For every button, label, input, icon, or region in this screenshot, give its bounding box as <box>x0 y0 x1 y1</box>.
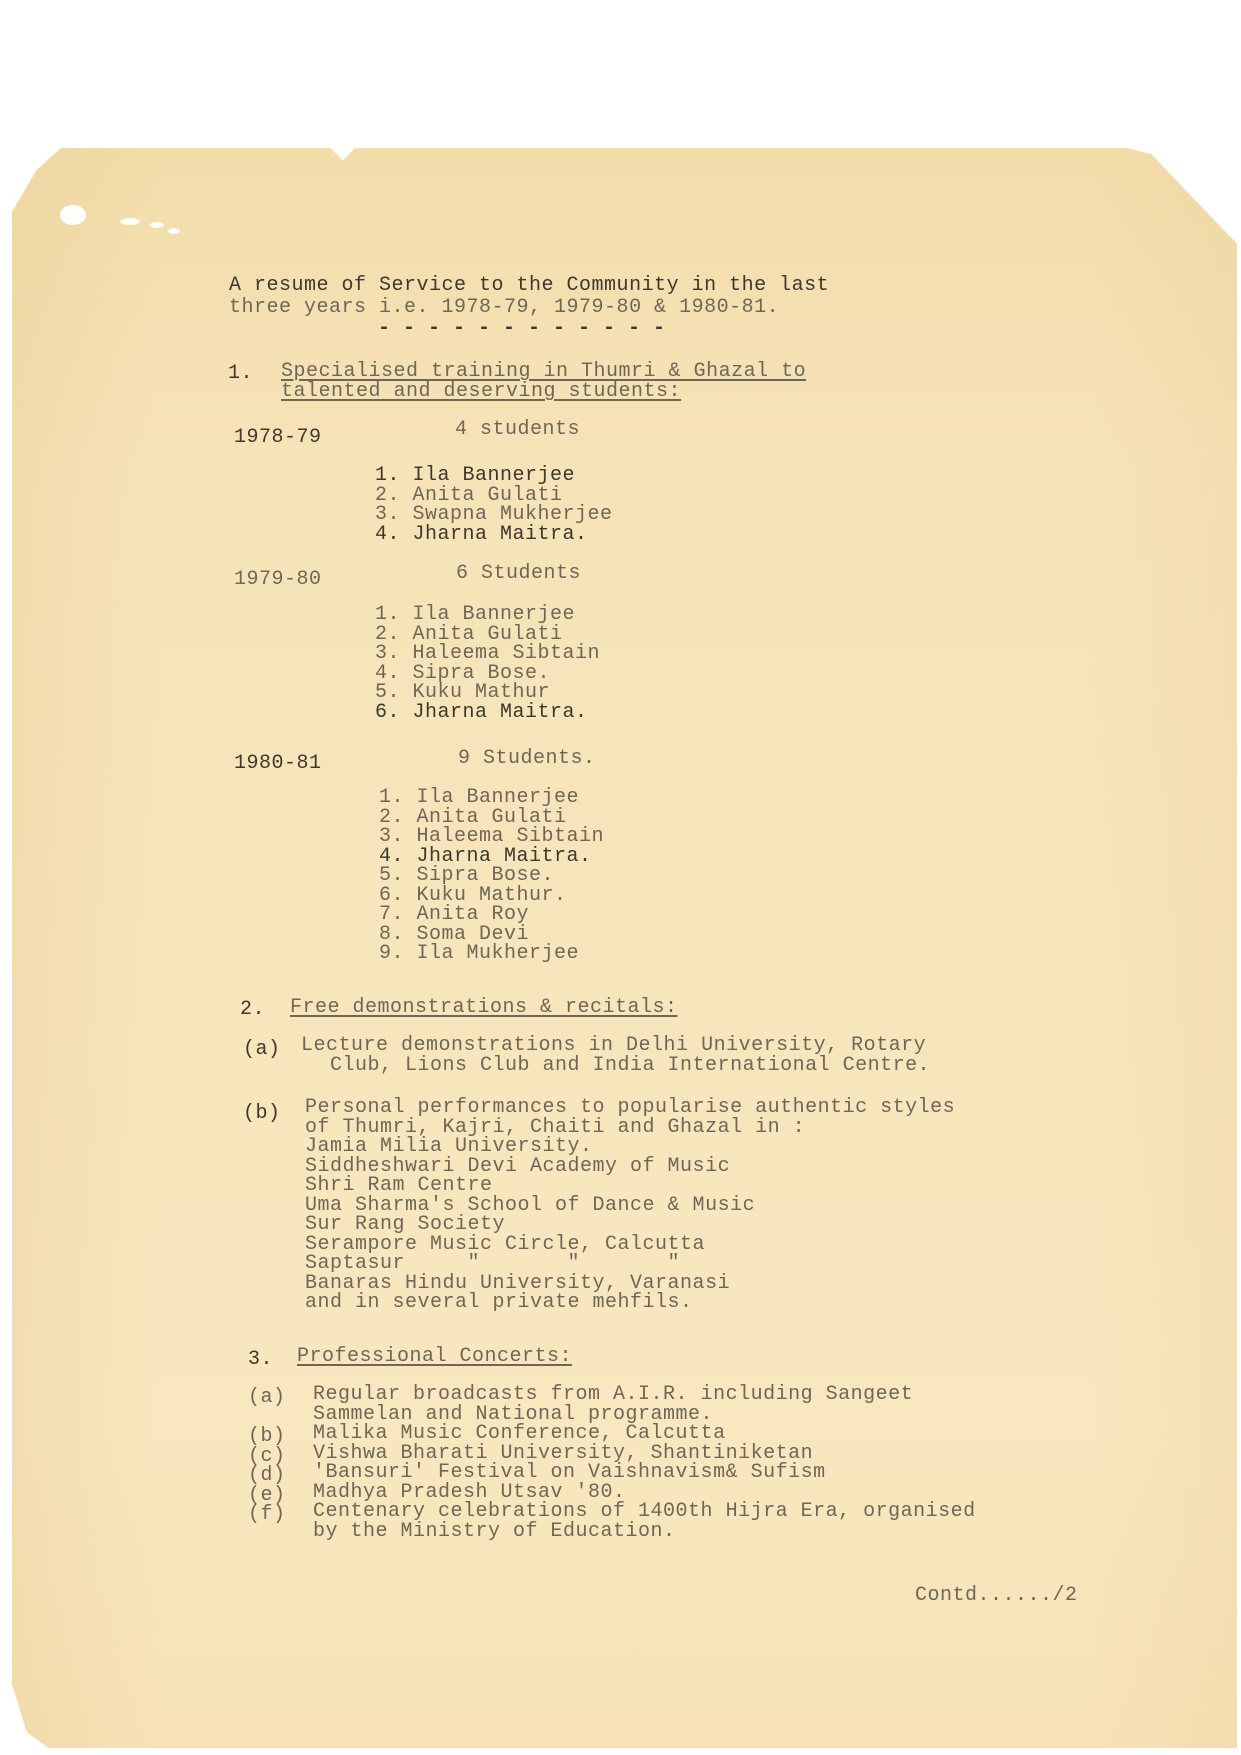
student-list: 1. Ila Bannerjee 2. Anita Gulati 3. Hale… <box>379 788 604 964</box>
section1-number: 1. <box>228 364 253 384</box>
list-item: Malika Music Conference, Calcutta <box>313 1424 976 1444</box>
continued-marker: Contd....../2 <box>915 1586 1078 1606</box>
paper-tear-hole <box>168 228 180 234</box>
student-count: 6 Students <box>456 564 581 584</box>
list-item: 9. Ila Mukherjee <box>379 944 604 964</box>
item-label: (a) <box>243 1040 281 1060</box>
item-text: Lecture demonstrations in Delhi Universi… <box>301 1036 926 1056</box>
document-title-line2: three years i.e. 1978-79, 1979-80 & 1980… <box>229 298 779 318</box>
list-item: 3. Haleema Sibtain <box>379 827 604 847</box>
document-title-line1: A resume of Service to the Community in … <box>229 276 829 296</box>
concert-labels: (a) (b) (c) (d) (e) (f) <box>248 1388 286 1525</box>
section1-heading-line1: Specialised training in Thumri & Ghazal … <box>281 362 806 382</box>
section2-heading: Free demonstrations & recitals: <box>290 998 678 1018</box>
student-list: 1. Ila Bannerjee 2. Anita Gulati 3. Hale… <box>375 605 600 722</box>
paper-tear-hole <box>60 205 86 225</box>
venue-list: Personal performances to popularise auth… <box>305 1098 955 1313</box>
year-label: 1980-81 <box>234 754 322 774</box>
list-item: by the Ministry of Education. <box>313 1522 976 1542</box>
list-item: Centenary celebrations of 1400th Hijra E… <box>313 1502 976 1522</box>
list-item: and in several private mehfils. <box>305 1293 955 1313</box>
list-item: 7. Anita Roy <box>379 905 604 925</box>
item-text: Club, Lions Club and India International… <box>330 1056 930 1076</box>
section3-number: 3. <box>248 1350 273 1370</box>
student-count: 4 students <box>455 420 580 440</box>
year-label: 1979-80 <box>234 570 322 590</box>
year-label: 1978-79 <box>234 428 322 448</box>
list-item: 'Bansuri' Festival on Vaishnavism& Sufis… <box>313 1463 976 1483</box>
list-item: Personal performances to popularise auth… <box>305 1098 955 1118</box>
list-item: 5. Kuku Mathur <box>375 683 600 703</box>
list-item: 5. Sipra Bose. <box>379 866 604 886</box>
item-label: (f) <box>248 1505 286 1525</box>
section3-heading: Professional Concerts: <box>297 1347 572 1367</box>
item-label: (b) <box>243 1104 281 1124</box>
list-item: 1. Ila Bannerjee <box>379 788 604 808</box>
list-item: 1. Ila Bannerjee <box>375 466 613 486</box>
paper-tear-hole <box>120 218 140 225</box>
title-dashed-rule: - - - - - - - - - - - - <box>378 319 666 339</box>
item-label: (d) <box>248 1466 286 1486</box>
list-item: Saptasur " " " <box>305 1254 955 1274</box>
section2-number: 2. <box>240 1000 265 1020</box>
list-item: Shri Ram Centre <box>305 1176 955 1196</box>
list-item: 3. Haleema Sibtain <box>375 644 600 664</box>
list-item: Regular broadcasts from A.I.R. including… <box>313 1385 976 1405</box>
paper-tear-hole <box>150 222 164 228</box>
list-item: Sur Rang Society <box>305 1215 955 1235</box>
list-item: 3. Swapna Mukherjee <box>375 505 613 525</box>
section1-heading-line2: talented and deserving students: <box>281 382 681 402</box>
list-item: Jamia Milia University. <box>305 1137 955 1157</box>
item-label: (b) <box>248 1427 286 1447</box>
list-item: 1. Ila Bannerjee <box>375 605 600 625</box>
student-list: 1. Ila Bannerjee 2. Anita Gulati 3. Swap… <box>375 466 613 544</box>
item-label: (a) <box>248 1388 286 1408</box>
list-item: 4. Jharna Maitra. <box>375 525 613 545</box>
concert-list: Regular broadcasts from A.I.R. including… <box>313 1385 976 1541</box>
list-item: 6. Jharna Maitra. <box>375 703 600 723</box>
student-count: 9 Students. <box>458 749 596 769</box>
